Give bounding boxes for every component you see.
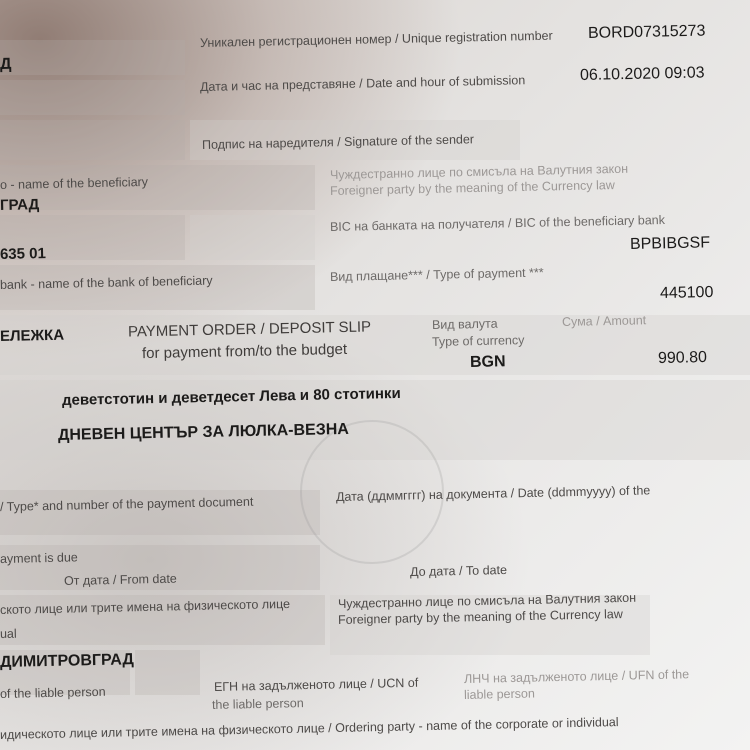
pnf-label-2: liable person [464,687,535,702]
payment-order-document: Д Уникален регистрационен номер / Unique… [0,0,750,750]
ucn-label-1: ЕГН на задълженото лице / UCN of [214,676,419,694]
to-date-label: До дата / To date [410,563,507,579]
form-cell [0,120,185,160]
bic-label: BIC на банката на получателя / BIC of th… [330,213,665,234]
iban-partial: 635 01 [0,245,46,263]
currency-label-en: Type of currency [432,333,525,349]
form-cell [135,650,200,695]
bic-value: BPBIBGSF [630,234,710,254]
registration-label: Уникален регистрационен номер / Unique r… [200,29,553,50]
pnf-label-1: ЛНЧ на задълженото лице / UFN of the [464,667,689,686]
partial-left-top: Д [0,56,12,74]
ordering-party-label: идическото лице или трите имена на физич… [0,715,619,742]
form-cell [0,40,185,75]
submission-datetime: 06.10.2020 09:03 [580,64,705,85]
liable-name-value: ДИМИТРОВГРАД [0,651,134,672]
payment-left-partial: ЕЛЕЖКА [0,327,64,345]
form-cell [0,80,185,115]
bulstat-label: of the liable person [0,685,106,701]
submission-label: Дата и час на представяне / Date and hou… [200,73,525,94]
ucn-label-2: the liable person [212,696,304,712]
period-label: ayment is due [0,550,78,566]
payment-type-label: Вид плащане*** / Type of payment *** [330,266,544,284]
beneficiary-name-value: ГРАД [0,196,39,214]
payment-type-value: 445100 [660,284,714,303]
from-date-label: От дата / From date [64,572,177,588]
amount-label: Сума / Amount [562,313,646,329]
liable-name-label-2: ual [0,627,17,641]
currency-label-bg: Вид валута [432,317,498,332]
form-cell [190,215,315,260]
amount-value: 990.80 [658,349,707,368]
registration-number: BORD07315273 [588,23,706,43]
currency-value: BGN [470,353,506,372]
